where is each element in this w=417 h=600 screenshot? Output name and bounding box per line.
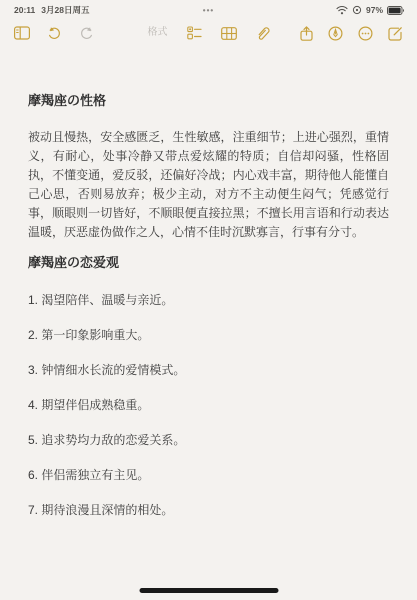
list-item: 2. 第一印象影响重大。 bbox=[28, 328, 389, 342]
clock-time: 20:11 bbox=[14, 5, 35, 15]
note-numbered-list: 1. 渴望陪伴、温暖与亲近。 2. 第一印象影响重大。 3. 钟情细水长流的爱情… bbox=[28, 293, 389, 517]
redo-icon bbox=[79, 26, 94, 41]
battery-icon bbox=[387, 6, 405, 15]
checklist-button[interactable] bbox=[187, 26, 202, 40]
wifi-icon bbox=[336, 5, 348, 15]
list-item: 1. 渴望陪伴、温暖与亲近。 bbox=[28, 293, 389, 307]
sidebar-toggle-button[interactable] bbox=[14, 26, 30, 40]
paperclip-icon bbox=[256, 26, 270, 41]
note-editor[interactable]: 摩羯座の性格 被动且慢热，安全感匮乏，生性敏感，注重细节；上进心强烈，重情义，有… bbox=[0, 48, 417, 517]
notes-toolbar: 格式 bbox=[0, 18, 417, 48]
checklist-icon bbox=[187, 26, 202, 40]
share-button[interactable] bbox=[300, 26, 313, 41]
note-heading-personality: 摩羯座の性格 bbox=[28, 93, 389, 109]
status-bar: 20:11 3月28日周五 ••• 97% bbox=[0, 0, 417, 18]
note-paragraph-personality: 被动且慢热，安全感匮乏，生性敏感，注重细节；上进心强烈，重情义，有耐心，处事冷静… bbox=[28, 128, 389, 242]
compose-icon bbox=[388, 26, 403, 41]
markup-button[interactable] bbox=[328, 26, 343, 41]
battery-percent: 97% bbox=[366, 5, 383, 15]
list-item: 4. 期望伴侣成熟稳重。 bbox=[28, 398, 389, 412]
clock-date: 3月28日周五 bbox=[41, 4, 89, 16]
attachment-button[interactable] bbox=[256, 26, 270, 41]
more-button[interactable] bbox=[358, 26, 373, 41]
undo-icon bbox=[47, 26, 62, 41]
sidebar-icon bbox=[14, 26, 30, 40]
list-item: 3. 钟情细水长流的爱情模式。 bbox=[28, 363, 389, 377]
table-icon bbox=[221, 27, 237, 40]
share-icon bbox=[300, 26, 313, 41]
format-button[interactable]: 格式 bbox=[148, 26, 168, 40]
home-indicator[interactable] bbox=[139, 588, 278, 593]
undo-button[interactable] bbox=[47, 26, 62, 41]
table-button[interactable] bbox=[221, 27, 237, 40]
list-item: 6. 伴侣需独立有主见。 bbox=[28, 468, 389, 482]
redo-button[interactable] bbox=[79, 26, 94, 41]
compose-button[interactable] bbox=[388, 26, 403, 41]
list-item: 7. 期待浪漫且深情的相处。 bbox=[28, 503, 389, 517]
more-ellipsis-icon bbox=[358, 26, 373, 41]
orientation-lock-icon bbox=[352, 5, 362, 15]
notes-app-screen: 20:11 3月28日周五 ••• 97% bbox=[0, 0, 417, 600]
markup-pen-icon bbox=[328, 26, 343, 41]
list-item: 5. 追求势均力敌的恋爱关系。 bbox=[28, 433, 389, 447]
note-heading-love-view: 摩羯座の恋爱观 bbox=[28, 255, 389, 271]
